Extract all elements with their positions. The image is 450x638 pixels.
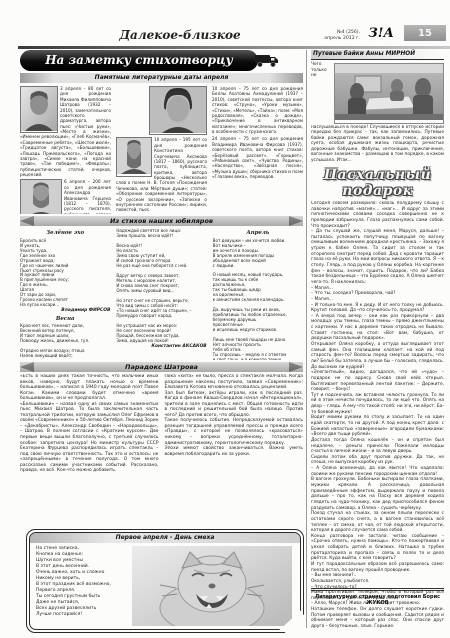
date-entry: 10 апреля – 195 лет со дня рождения Конс… — [116, 137, 207, 212]
dates-subtitle: Памятные литературные даты апреля — [20, 73, 303, 83]
poem-author: Константин АКСАКОВ — [116, 344, 206, 349]
truck-icon — [254, 52, 280, 72]
laughing-cat-photo — [132, 546, 296, 630]
story-title: Пасхальный подарок — [311, 167, 444, 199]
poems-section: Зелёное эхо Бросить всё И уехать, Уехать… — [20, 228, 303, 360]
notes-banner-row: На заметку стихотворцу — [20, 50, 303, 71]
poem-lines: Бросить всё И уехать, Уехать туда, Где з… — [20, 238, 110, 308]
paradox-article: «Есть в наших днях такая точность, что м… — [20, 374, 303, 524]
left-block: На заметку стихотворцу Памятные литерату… — [20, 50, 303, 633]
dates-column-1: 3 апреля – 80 лет со дня рождения Михаил… — [20, 86, 111, 214]
paradox-column-2: Пока «хита» не было, пресса о спектакле … — [165, 374, 304, 524]
issue-date: апрель 2012 г. — [324, 36, 360, 42]
poem-title: Весна — [20, 316, 110, 323]
portrait-alexander-herzen — [20, 179, 62, 214]
issue-info: №4 (256), апрель 2012 г. — [324, 30, 360, 42]
masthead: Далекое-близкое №4 (256), апрель 2012 г.… — [0, 24, 450, 46]
date-entry: 10 апреля – 75 лет со дня рождения Беллы… — [212, 86, 303, 134]
newspaper-logo: З!А — [368, 26, 394, 41]
poem-title: Зелёное эхо — [20, 230, 110, 237]
header-rule — [18, 46, 450, 49]
literary-dates: 3 апреля – 80 лет со дня рождения Михаил… — [20, 86, 303, 214]
newspaper-page: Далекое-близкое №4 (256), апрель 2012 г.… — [0, 0, 450, 638]
poem-author: Владимир ФИРСОВ — [20, 308, 110, 313]
poems-column-3: Апрель Вот девушки – им хочется любви. В… — [213, 228, 303, 360]
page-number: 15 — [404, 25, 446, 41]
travel-rubric: Путевые байки Анны МИРНОЙ — [311, 50, 444, 60]
page-title: Далекое-близкое — [60, 28, 300, 42]
dates-column-3: 10 апреля – 75 лет со дня рождения Беллы… — [212, 86, 303, 214]
train-car-interior-photo — [334, 63, 444, 124]
travel-column: Путевые байки Анны МИРНОЙ — [311, 50, 444, 628]
dates-column-2: 10 апреля – 195 лет со дня рождения Конс… — [116, 86, 207, 214]
april-fools-poem: На стене записка, Кнопка на сиденье: Шут… — [36, 546, 128, 630]
column-divider — [306, 50, 307, 628]
poem-title: Апрель — [213, 230, 303, 237]
poem-lines: Краснеет лес, темнеют дали, Весенний вет… — [20, 323, 110, 358]
april-fools-box: Первое апреля - День смеха На стене запи… — [26, 529, 304, 633]
april-fools-body: На стене записка, Кнопка на сиденье: Шут… — [30, 543, 300, 630]
paradox-banner: Парадокс Шатрова — [20, 362, 303, 372]
date-entry: 24 апреля – 75 лет со дня рождения Влади… — [212, 136, 303, 179]
page-footer: Литературную страницу подготовил Борис Ж… — [311, 588, 444, 606]
portrait-bella-akhmadulina — [149, 86, 207, 135]
april-fools-inner: Первое апреля - День смеха На стене запи… — [29, 532, 301, 630]
notes-banner: На заметку стихотворцу — [20, 50, 258, 71]
date-entry: 3 апреля – 80 лет со дня рождения Михаил… — [20, 86, 111, 177]
portrait-mikhail-shatrov — [20, 86, 58, 133]
poem-lines: Надеждой светятся все лица: Зима прошла,… — [116, 228, 206, 343]
poem-lines: Вот девушки – им хочется любви. Вот маль… — [213, 238, 303, 360]
poems-banner: Из стихов наших юбиляров — [20, 216, 303, 226]
paradox-column-1: «Есть в наших днях такая точность, что м… — [20, 374, 159, 524]
poems-column-1: Зелёное эхо Бросить всё И уехать, Уехать… — [20, 228, 110, 360]
story-text: Сегодня совсем разморило: сквозь полудрё… — [311, 201, 444, 630]
travel-intro: Чего только не наслушаешься в поезде! Сл… — [311, 62, 444, 163]
portrait-konstantin-aksakov — [116, 137, 152, 176]
poems-column-2: Надеждой светятся все лица: Зима прошла,… — [116, 228, 206, 360]
date-entry: 6 апреля – 200 лет со дня рождения Алекс… — [20, 179, 111, 214]
april-fools-banner: Первое апреля - День смеха — [30, 533, 300, 543]
